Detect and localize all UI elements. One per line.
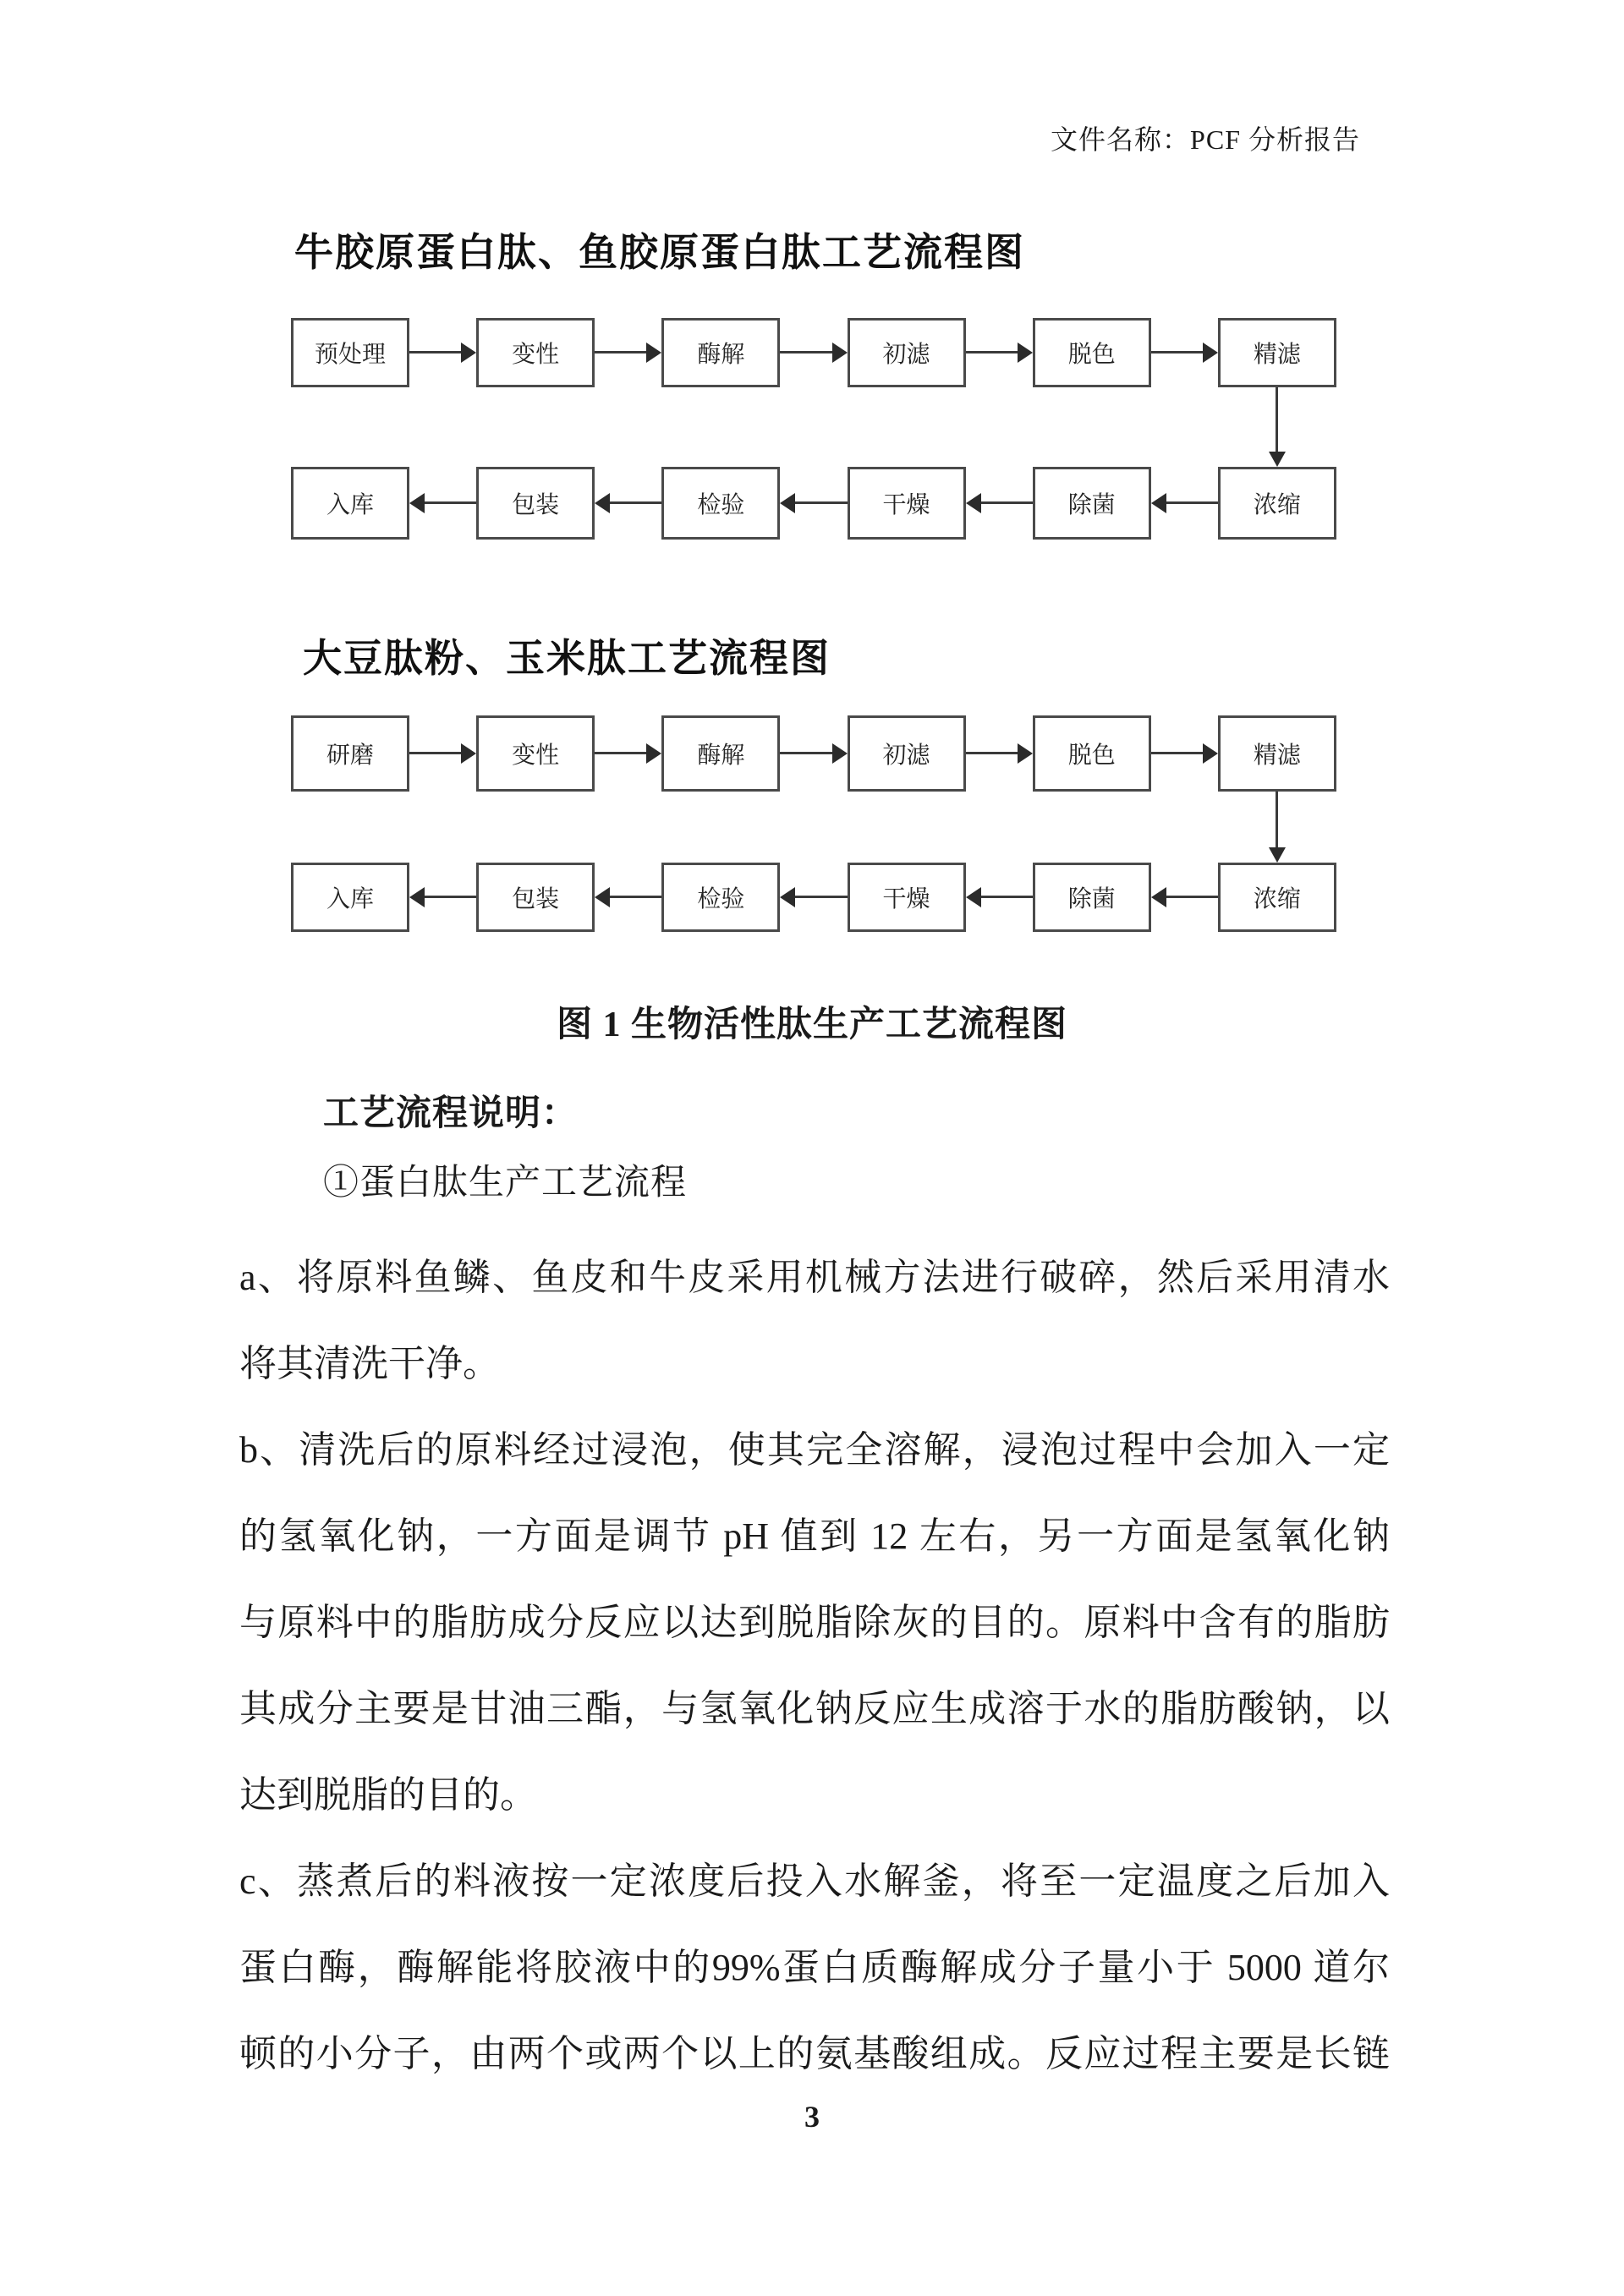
flow-box: 包装 xyxy=(476,467,595,540)
sub-heading: ①蛋白肽生产工艺流程 xyxy=(323,1154,687,1205)
doc-header-label: 文件名称：PCF 分析报告 xyxy=(1051,118,1360,157)
flowchart1-row2: 入库包装检验干燥除菌浓缩 xyxy=(291,467,1336,540)
flow-box: 干燥 xyxy=(848,467,966,540)
flow-box: 脱色 xyxy=(1033,318,1151,387)
flow-box: 精滤 xyxy=(1218,318,1336,387)
flow-box: 入库 xyxy=(291,467,409,540)
figure-caption: 图 1 生物活性肽生产工艺流程图 xyxy=(0,996,1624,1047)
arrow-right-icon xyxy=(966,342,1033,363)
arrow-right-icon xyxy=(409,743,476,764)
arrow-left-icon xyxy=(780,493,847,513)
flow-box: 酶解 xyxy=(661,318,780,387)
document-page: 文件名称：PCF 分析报告 牛胶原蛋白肽、鱼胶原蛋白肽工艺流程图 预处理变性酶解… xyxy=(0,0,1624,2296)
flow-box: 除菌 xyxy=(1033,863,1151,932)
body-line: 的氢氧化钠，一方面是调节 pH 值到 12 左右，另一方面是氢氧化钠 xyxy=(239,1493,1390,1580)
flow-box: 预处理 xyxy=(291,318,409,387)
flow-box: 精滤 xyxy=(1218,715,1336,792)
arrow-left-icon xyxy=(595,493,661,513)
arrow-left-icon xyxy=(1151,493,1218,513)
arrow-down-icon xyxy=(1276,387,1278,452)
flow-box: 入库 xyxy=(291,863,409,932)
body-line: 顿的小分子，由两个或两个以上的氨基酸组成。反应过程主要是长链 xyxy=(239,2011,1390,2097)
body-line: 与原料中的脂肪成分反应以达到脱脂除灰的目的。原料中含有的脂肪 xyxy=(239,1580,1390,1666)
flowchart2-row1: 研磨变性酶解初滤脱色精滤 xyxy=(291,715,1336,792)
page-number: 3 xyxy=(0,2099,1624,2134)
arrow-right-icon xyxy=(780,743,847,764)
flowchart2-title: 大豆肽粉、玉米肽工艺流程图 xyxy=(303,627,831,683)
arrow-left-icon xyxy=(780,887,847,907)
flow-box: 检验 xyxy=(661,467,780,540)
arrow-right-icon xyxy=(595,743,661,764)
flow-box: 变性 xyxy=(476,715,595,792)
body-line: 蛋白酶，酶解能将胶液中的99%蛋白质酶解成分子量小于 5000 道尔 xyxy=(239,1925,1390,2011)
body-line: a、将原料鱼鳞、鱼皮和牛皮采用机械方法进行破碎，然后采用清水 xyxy=(239,1235,1390,1321)
arrow-down-icon xyxy=(1276,792,1278,847)
arrow-right-icon xyxy=(1151,743,1218,764)
body-line: 将其清洗干净。 xyxy=(239,1321,1390,1407)
arrow-right-icon xyxy=(595,342,661,363)
body-line: c、蒸煮后的料液按一定浓度后投入水解釜，将至一定温度之后加入 xyxy=(239,1838,1390,1925)
arrow-left-icon xyxy=(409,887,476,907)
flow-box: 浓缩 xyxy=(1218,467,1336,540)
flow-box: 初滤 xyxy=(848,318,966,387)
arrow-left-icon xyxy=(966,887,1033,907)
flow-box: 变性 xyxy=(476,318,595,387)
flow-box: 脱色 xyxy=(1033,715,1151,792)
arrow-left-icon xyxy=(409,493,476,513)
arrow-left-icon xyxy=(966,493,1033,513)
flow-box: 酶解 xyxy=(661,715,780,792)
arrow-right-icon xyxy=(409,342,476,363)
flow-box: 检验 xyxy=(661,863,780,932)
flowchart2-row2: 入库包装检验干燥除菌浓缩 xyxy=(291,863,1336,932)
flow-box: 研磨 xyxy=(291,715,409,792)
section-heading: 工艺流程说明： xyxy=(323,1085,578,1136)
flowchart1-title: 牛胶原蛋白肽、鱼胶原蛋白肽工艺流程图 xyxy=(294,222,1025,277)
arrow-right-icon xyxy=(1151,342,1218,363)
flow-box: 除菌 xyxy=(1033,467,1151,540)
flow-box: 浓缩 xyxy=(1218,863,1336,932)
arrow-right-icon xyxy=(966,743,1033,764)
body-line: b、清洗后的原料经过浸泡，使其完全溶解，浸泡过程中会加入一定 xyxy=(239,1407,1390,1493)
flow-box: 包装 xyxy=(476,863,595,932)
body-line: 达到脱脂的目的。 xyxy=(239,1752,1390,1838)
body-line: 其成分主要是甘油三酯，与氢氧化钠反应生成溶于水的脂肪酸钠，以 xyxy=(239,1666,1390,1752)
flowchart1-row1: 预处理变性酶解初滤脱色精滤 xyxy=(291,318,1336,387)
arrow-left-icon xyxy=(1151,887,1218,907)
body-text: a、将原料鱼鳞、鱼皮和牛皮采用机械方法进行破碎，然后采用清水将其清洗干净。b、清… xyxy=(239,1235,1390,2097)
flow-box: 干燥 xyxy=(848,863,966,932)
flow-box: 初滤 xyxy=(848,715,966,792)
arrow-right-icon xyxy=(780,342,847,363)
arrow-left-icon xyxy=(595,887,661,907)
